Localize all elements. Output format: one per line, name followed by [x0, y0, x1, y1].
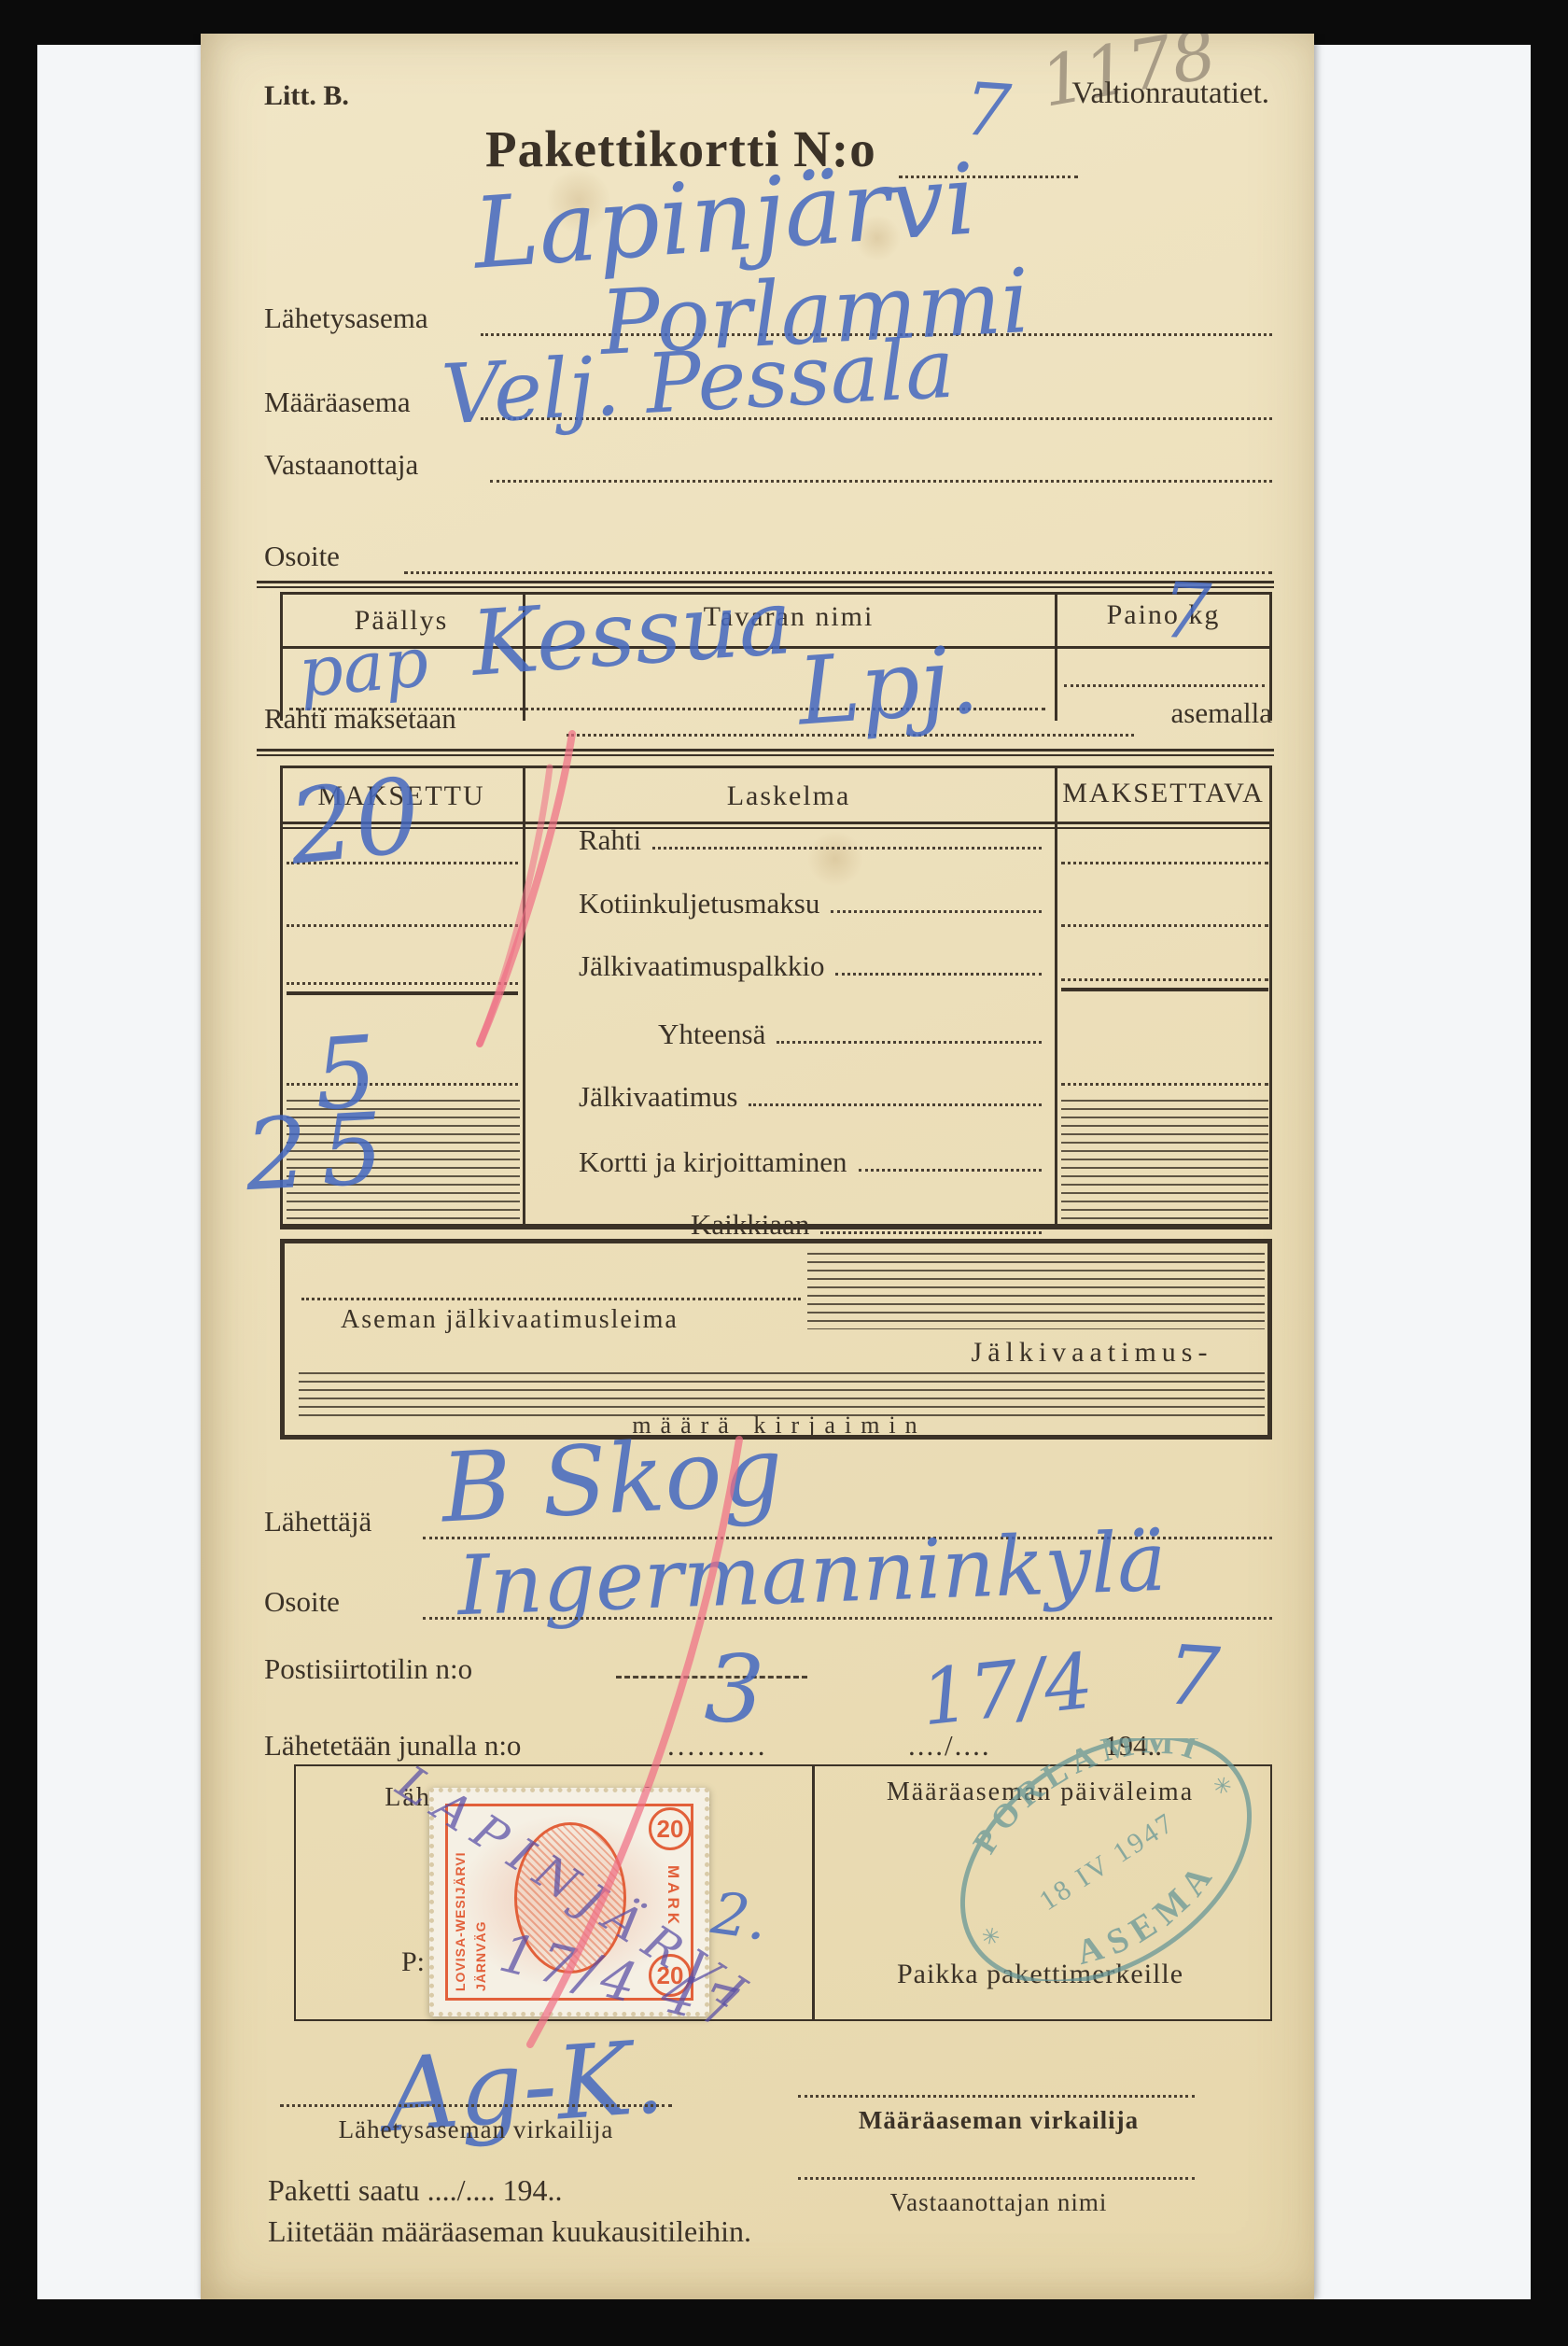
dotted-line: [1064, 684, 1265, 687]
laskelma-row-jalkivaatimuspalkkio: Jälkivaatimuspalkkio: [579, 949, 1045, 983]
oval-stamp-star-left: ✳: [977, 1922, 1006, 1953]
heavy-rule: [287, 991, 518, 995]
vastaanottajan-nimi-label: Vastaanottajan nimi: [845, 2188, 1153, 2217]
laskelma-row-kaikkiaan: Kaikkiaan: [691, 1208, 1045, 1242]
jalkivaatimus-amount-label: Jälkivaatimus-: [919, 1337, 1265, 1369]
maksettu-kaikkiaan-handwritten: 25: [243, 1100, 399, 1205]
row-label: Kotiinkuljetusmaksu: [579, 887, 819, 920]
org-label: Valtionrautatiet.: [1071, 77, 1269, 111]
laskelma-row-kotiinkuljetus: Kotiinkuljetusmaksu: [579, 887, 1045, 920]
scan-border-top: [0, 0, 1568, 34]
card-number-handwritten: 7: [961, 73, 1013, 148]
tavaran-nimi-handwritten: Kessua: [469, 577, 794, 689]
dotted-line: [301, 1298, 801, 1300]
row-label: Rahti: [579, 823, 641, 857]
junalla-label: Lähetetään junalla n:o: [264, 1729, 521, 1763]
dot-leader: [652, 847, 1042, 850]
laskelma-row-kortti: Kortti ja kirjoittaminen: [579, 1145, 1045, 1179]
row-label: Jälkivaatimus: [579, 1080, 737, 1114]
parcel-card-document: 1178 Litt. B. Valtionrautatiet. Pakettik…: [201, 28, 1314, 2299]
right-official-label: Määräaseman virkailija: [835, 2106, 1162, 2135]
row-label: Kaikkiaan: [691, 1208, 809, 1242]
laskelma-row-yhteensa: Yhteensä: [658, 1018, 1045, 1051]
col-header-laskelma: Laskelma: [523, 780, 1055, 812]
train-number-handwritten: 3: [703, 1642, 765, 1737]
maksettu-rahti-handwritten: 20: [285, 764, 426, 879]
paketti-saatu-label: Paketti saatu ..../.... 194..: [268, 2173, 563, 2208]
year-digit-handwritten: 7: [1164, 1634, 1222, 1720]
date-handwritten: 17/4: [917, 1644, 1097, 1738]
litt-label: Litt. B.: [264, 80, 349, 112]
rahti-handwritten: Lpj.: [795, 633, 982, 738]
lahettaja-handwritten: B Skog: [440, 1424, 786, 1537]
sender-osoite-handwritten: Ingermanninkylä: [456, 1521, 1168, 1627]
oval-stamp-star-right: ✳: [1209, 1772, 1238, 1803]
dotted-line: [287, 982, 518, 985]
row-label: Kortti ja kirjoittaminen: [579, 1145, 847, 1179]
row-label: Jälkivaatimuspalkkio: [579, 949, 824, 983]
dotted-line: [404, 571, 1272, 574]
dotted-line: [490, 480, 1272, 483]
blue-note-handwritten: 2.: [708, 1884, 771, 1949]
scan-border-bottom: [0, 2299, 1568, 2346]
sender-osoite-label: Osoite: [264, 1585, 340, 1619]
dotted-line: [1061, 924, 1268, 927]
rahti-maksetaan-label: Rahti maksetaan: [264, 702, 456, 736]
liitetaan-label: Liitetään määräaseman kuukausitileihin.: [268, 2214, 751, 2249]
dotted-line: [1061, 1083, 1268, 1086]
osoite-label: Osoite: [264, 540, 340, 573]
dot-leader: [749, 1103, 1042, 1106]
dotted-line: [798, 2177, 1195, 2180]
row-label: Yhteensä: [658, 1018, 765, 1051]
maaraasema-label: Määräasema: [264, 386, 411, 419]
dotted-line: [423, 1617, 1272, 1620]
table-divider: [523, 766, 525, 1229]
lahettaja-label: Lähettäjä: [264, 1505, 371, 1538]
lahetysasema-label: Lähetysasema: [264, 302, 428, 335]
paino-handwritten: 7: [1160, 573, 1212, 653]
col-header-maksettava: MAKSETTAVA: [1055, 778, 1272, 809]
laskelma-row-rahti: Rahti: [579, 823, 1045, 857]
laskelma-row-jalkivaatimus: Jälkivaatimus: [579, 1080, 1045, 1114]
dot-leader: [835, 973, 1042, 976]
table-divider: [1055, 766, 1057, 1229]
left-official-label: Lähetysaseman virkailija: [303, 2115, 649, 2144]
dotted-line: [1061, 978, 1268, 981]
left-box-p-label: P:: [401, 1946, 425, 1978]
dot-leader: [820, 1231, 1042, 1234]
aseman-jalkivaatimusleima-label: Aseman jälkivaatimusleima: [341, 1305, 679, 1335]
dot-leader: [831, 910, 1042, 913]
dotted-line: [287, 924, 518, 927]
vastaanottaja-label: Vastaanottaja: [264, 448, 418, 482]
vastaanottaja-handwritten: Velj. Pessala: [440, 328, 957, 437]
stamp-value-top: 20: [649, 1807, 692, 1850]
oval-station-stamp: PORLAMMI ASEMA 18 IV 1947 ✳ ✳: [938, 1738, 1274, 1981]
dotted-line: [280, 2104, 672, 2107]
dotted-line: [1061, 862, 1268, 864]
postisiirtotilin-label: Postisiirtotilin n:o: [264, 1652, 472, 1686]
dot-leader: [777, 1041, 1042, 1044]
heavy-rule: [1061, 988, 1268, 991]
hatch-fill: [807, 1253, 1265, 1329]
hatch-fill: [1061, 1100, 1268, 1227]
stamp-box-divider: [812, 1764, 815, 2021]
asemalla-label: asemalla: [1134, 696, 1272, 730]
dotted-line: [798, 2095, 1195, 2098]
dot-leader: [859, 1169, 1042, 1172]
paallys-handwritten: pap: [296, 627, 431, 708]
